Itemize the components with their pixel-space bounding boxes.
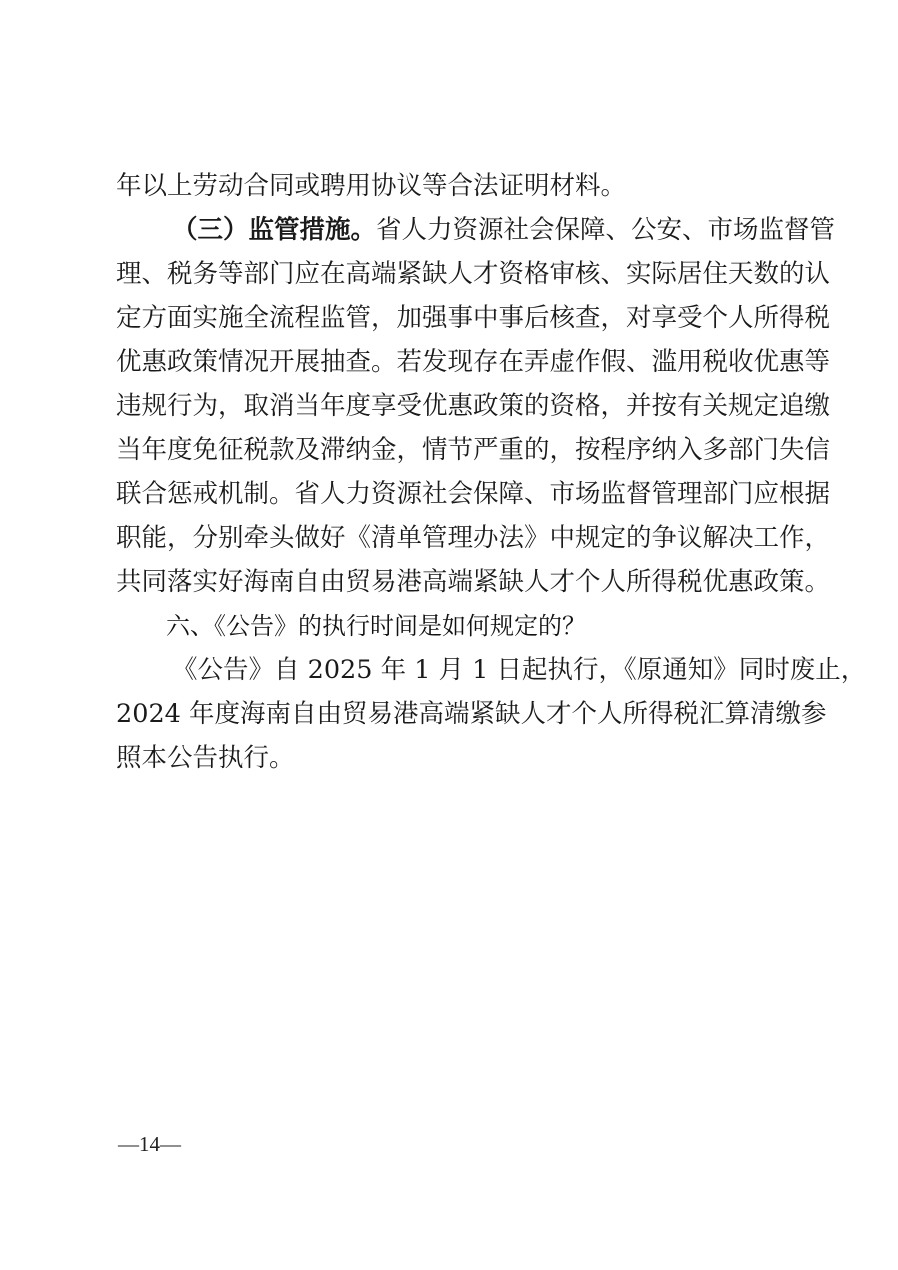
- section-six-heading: 六、《公告》的执行时间是如何规定的？: [166, 608, 586, 644]
- document-page: 年以上劳动合同或聘用协议等合法证明材料。 （三）监管措施。省人力资源社会保障、公…: [0, 0, 898, 1270]
- section-three-text: 省人力资源社会保障、公安、市场监督管: [376, 215, 835, 245]
- section-three-label: （三）监管措施。: [172, 215, 376, 245]
- section-three-line: 违规行为，取消当年度享受优惠政策的资格，并按有关规定追缴: [116, 388, 788, 424]
- section-three-line: 定方面实施全流程监管，加强事中事后核查，对享受个人所得税: [116, 300, 788, 336]
- section-three-first-line: （三）监管措施。省人力资源社会保障、公安、市场监督管: [172, 212, 788, 248]
- section-three-line: 职能，分别牵头做好《清单管理办法》中规定的争议解决工作，: [116, 520, 788, 556]
- section-three-line: 理、税务等部门应在高端紧缺人才资格审核、实际居住天数的认: [116, 256, 788, 292]
- section-six-line: 《公告》自 2025 年 1 月 1 日起执行，《原通知》同时废止，: [172, 652, 788, 688]
- page-number: —14—: [118, 1132, 181, 1157]
- section-three-line: 联合惩戒机制。省人力资源社会保障、市场监督管理部门应根据: [116, 476, 788, 512]
- section-six-line: 2024 年度海南自由贸易港高端紧缺人才个人所得税汇算清缴参: [116, 696, 788, 732]
- section-three-line: 当年度免征税款及滞纳金，情节严重的，按程序纳入多部门失信: [116, 432, 788, 468]
- section-six-line: 照本公告执行。: [116, 740, 788, 776]
- paragraph-continuation-line: 年以上劳动合同或聘用协议等合法证明材料。: [116, 168, 788, 204]
- section-three-line: 共同落实好海南自由贸易港高端紧缺人才个人所得税优惠政策。: [116, 564, 788, 600]
- section-three-line: 优惠政策情况开展抽查。若发现存在弄虚作假、滥用税收优惠等: [116, 344, 788, 380]
